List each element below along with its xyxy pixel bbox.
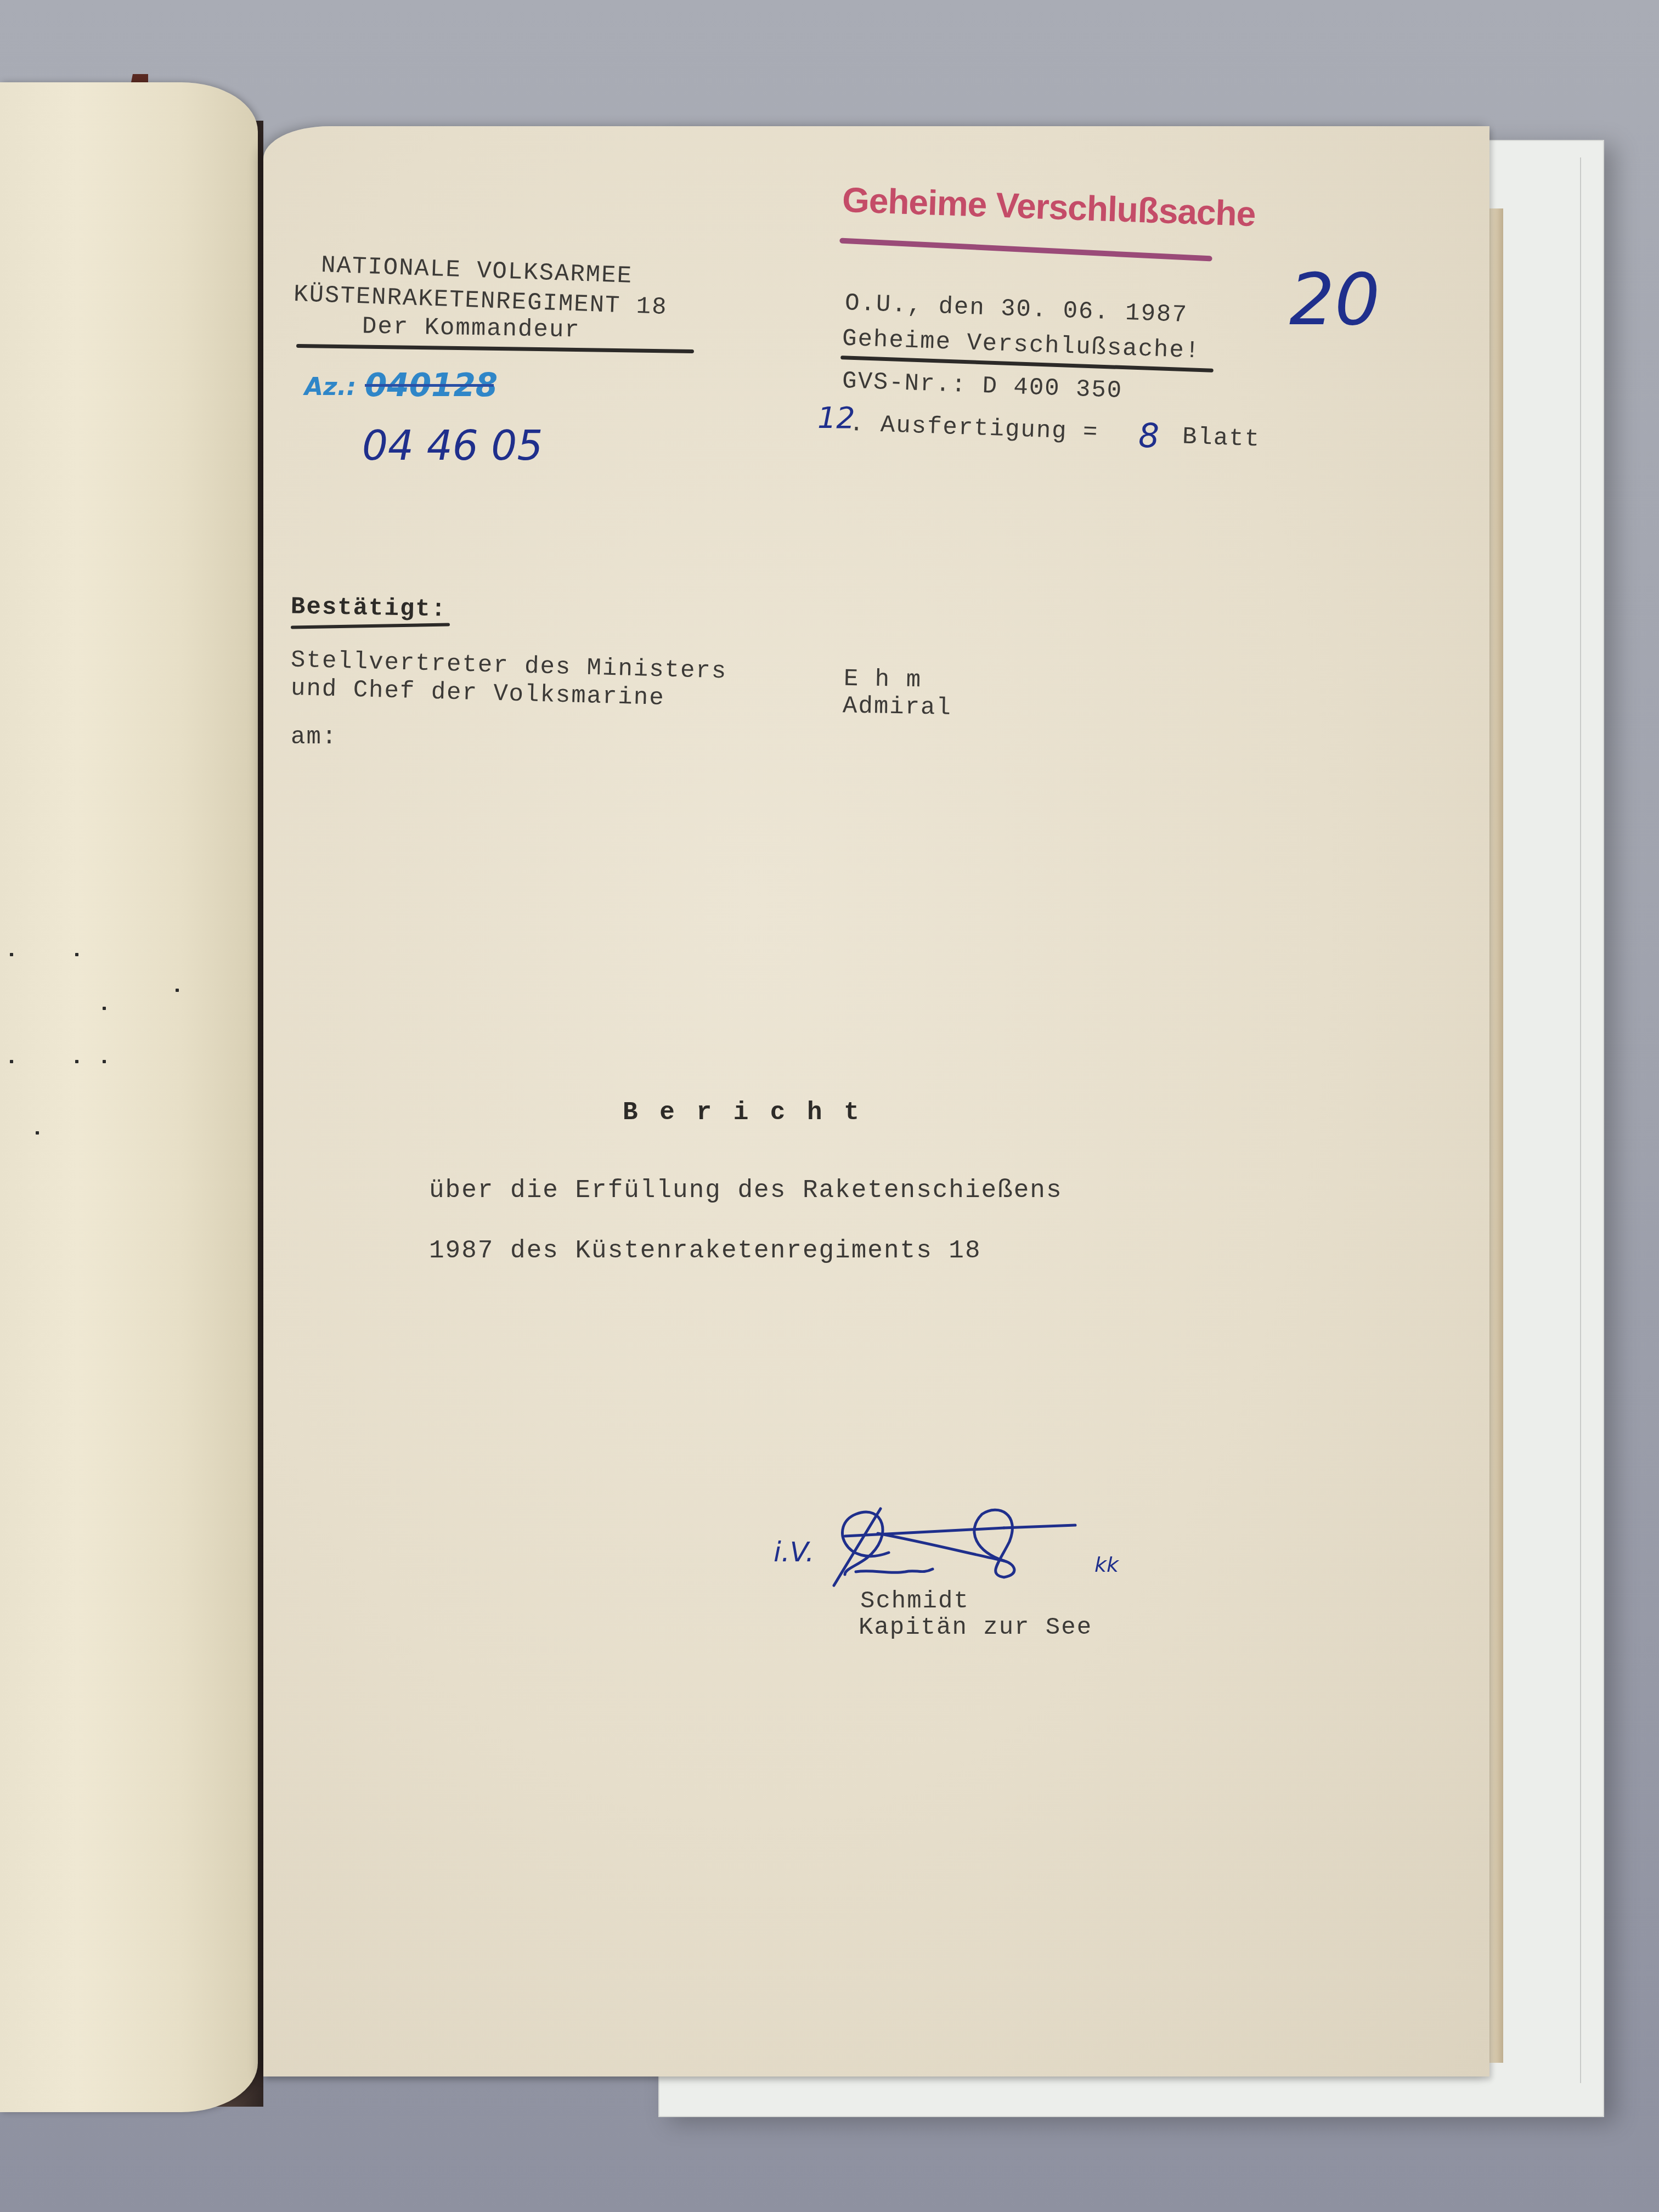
perforation-dot (75, 1060, 78, 1063)
reference-strikethrough (365, 384, 494, 387)
report-title: B e r i c h t (623, 1099, 862, 1127)
approval-label: Bestätigt: (291, 594, 447, 623)
reference-label: Az.: (304, 373, 356, 401)
page-number: 20 (1289, 258, 1380, 341)
sheet-count: 8 (1138, 417, 1159, 455)
signer-rank: Kapitän zur See (859, 1615, 1092, 1641)
header-line-3: Der Kommandeur (362, 314, 580, 344)
approver-rank: Admiral (843, 693, 952, 721)
left-page (0, 82, 258, 2112)
signature-initials: KK (1094, 1553, 1119, 1577)
signer-name: Schmidt (860, 1588, 969, 1615)
perforation-dot (103, 1007, 106, 1010)
perforation-dot (10, 953, 13, 956)
perforation-dot (10, 1060, 13, 1063)
perforation-dot (75, 953, 78, 956)
perforation-dot (36, 1131, 39, 1135)
perforation-dot (176, 989, 179, 992)
reference-handwritten-number: 04 46 05 (362, 422, 543, 470)
perforation-dot (103, 1060, 106, 1063)
approver-name: E h m (844, 666, 922, 694)
report-subtitle-line-2: 1987 des Küstenraketenregiments 18 (429, 1237, 981, 1265)
sheet-label: Blatt (1182, 424, 1261, 453)
handwritten-signature (823, 1492, 1130, 1591)
folder-crease (1580, 157, 1581, 2083)
report-subtitle-line-1: über die Erfüllung des Raketenschießens (429, 1177, 1063, 1205)
signature-iv-mark: i.V. (774, 1536, 814, 1568)
approval-date-label: am: (291, 724, 337, 751)
